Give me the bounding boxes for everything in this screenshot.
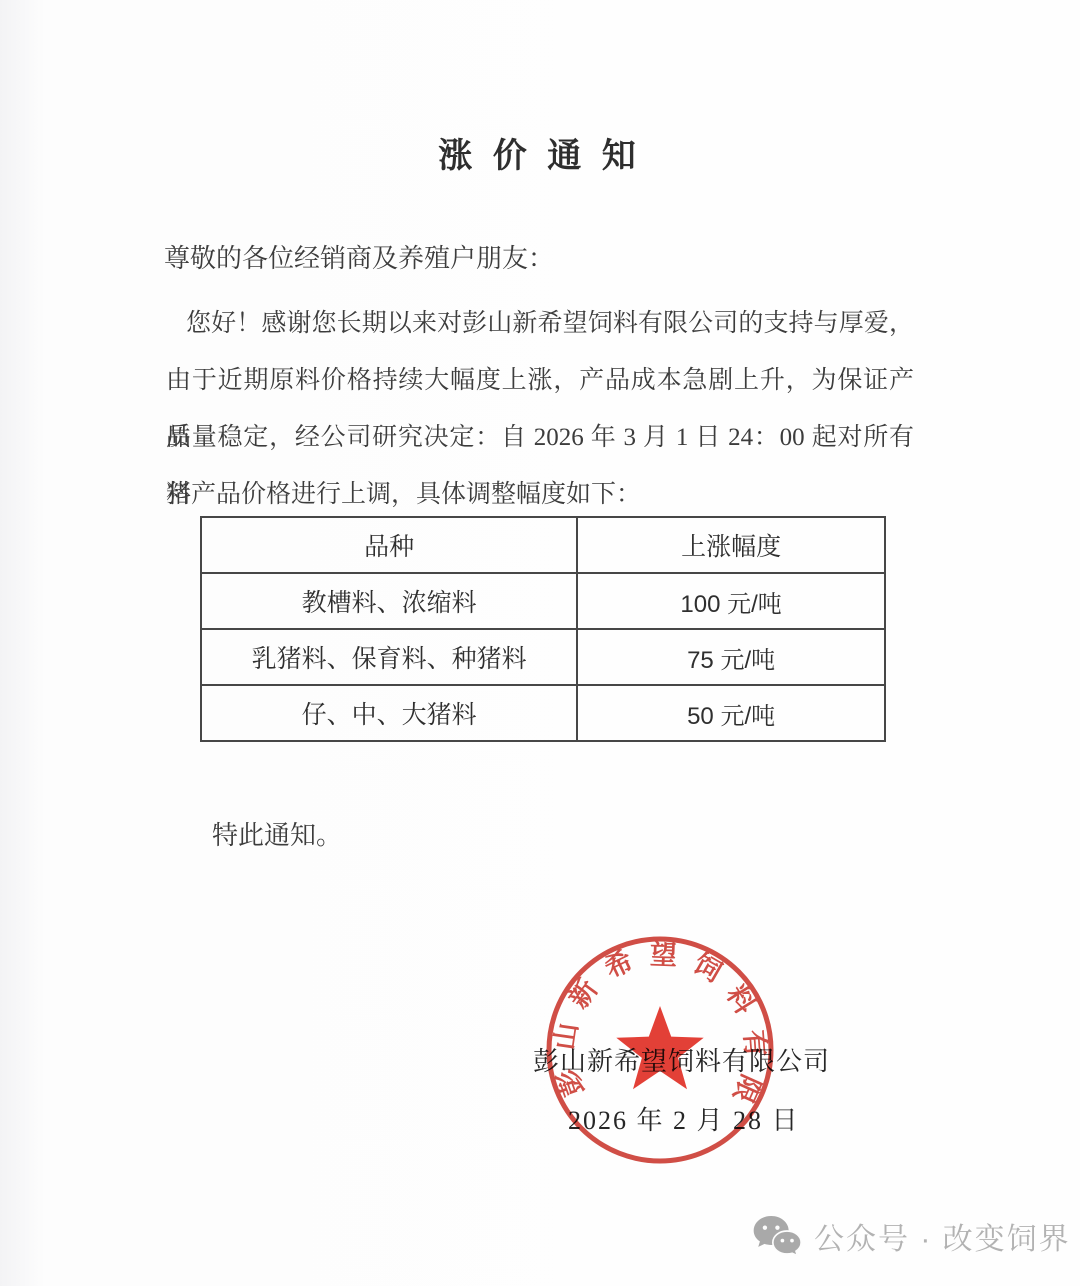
header-increase: 上涨幅度 <box>577 517 885 573</box>
salutation-line: 尊敬的各位经销商及养殖户朋友： <box>164 238 554 275</box>
body-line-3: 质量稳定，经公司研究决定：自 2026 年 3 月 1 日 24：00 起对所有… <box>166 409 914 466</box>
wechat-icon <box>752 1214 802 1258</box>
watermark-label: 公众号 · 改变饲界 <box>814 1214 1071 1258</box>
variety-cell: 乳猪料、保育料、种猪料 <box>201 629 577 685</box>
header-variety: 品种 <box>201 517 577 573</box>
variety-cell: 教槽料、浓缩料 <box>201 573 577 629</box>
increase-cell: 75 元/吨 <box>577 629 885 685</box>
table-row: 仔、中、大猪料 50 元/吨 <box>201 685 885 741</box>
closing-line: 特此通知。 <box>212 815 342 852</box>
increase-cell: 100 元/吨 <box>577 573 885 629</box>
body-line-2: 由于近期原料价格持续大幅度上涨，产品成本急剧上升，为保证产品 <box>166 352 914 409</box>
table-header-row: 品种 上涨幅度 <box>201 517 885 573</box>
document-title: 涨 价 通 知 <box>0 128 1080 177</box>
table-row: 乳猪料、保育料、种猪料 75 元/吨 <box>201 629 885 685</box>
seal-curved-text-holder: 彭山新希望饲料有限公司 <box>540 930 771 1107</box>
body-line-4: 料产品价格进行上调，具体调整幅度如下： <box>166 466 914 523</box>
company-seal-stamp: 彭山新希望饲料有限公司 <box>540 930 780 1170</box>
watermark: 公众号 · 改变饲界 <box>752 1214 1071 1258</box>
price-adjustment-table: 品种 上涨幅度 教槽料、浓缩料 100 元/吨 乳猪料、保育料、种猪料 75 元… <box>200 516 886 742</box>
document-page: 涨 价 通 知 尊敬的各位经销商及养殖户朋友： 您好！感谢您长期以来对彭山新希望… <box>0 0 1080 1286</box>
body-line-1: 您好！感谢您长期以来对彭山新希望饲料有限公司的支持与厚爱， <box>166 295 914 352</box>
seal-star-icon <box>616 1006 703 1089</box>
seal-curved-text: 彭山新希望饲料有限公司 <box>540 930 771 1107</box>
increase-cell: 50 元/吨 <box>577 685 885 741</box>
body-paragraph: 您好！感谢您长期以来对彭山新希望饲料有限公司的支持与厚爱， 由于近期原料价格持续… <box>166 295 914 523</box>
table-row: 教槽料、浓缩料 100 元/吨 <box>201 573 885 629</box>
seal-graphic: 彭山新希望饲料有限公司 <box>540 930 780 1170</box>
variety-cell: 仔、中、大猪料 <box>201 685 577 741</box>
